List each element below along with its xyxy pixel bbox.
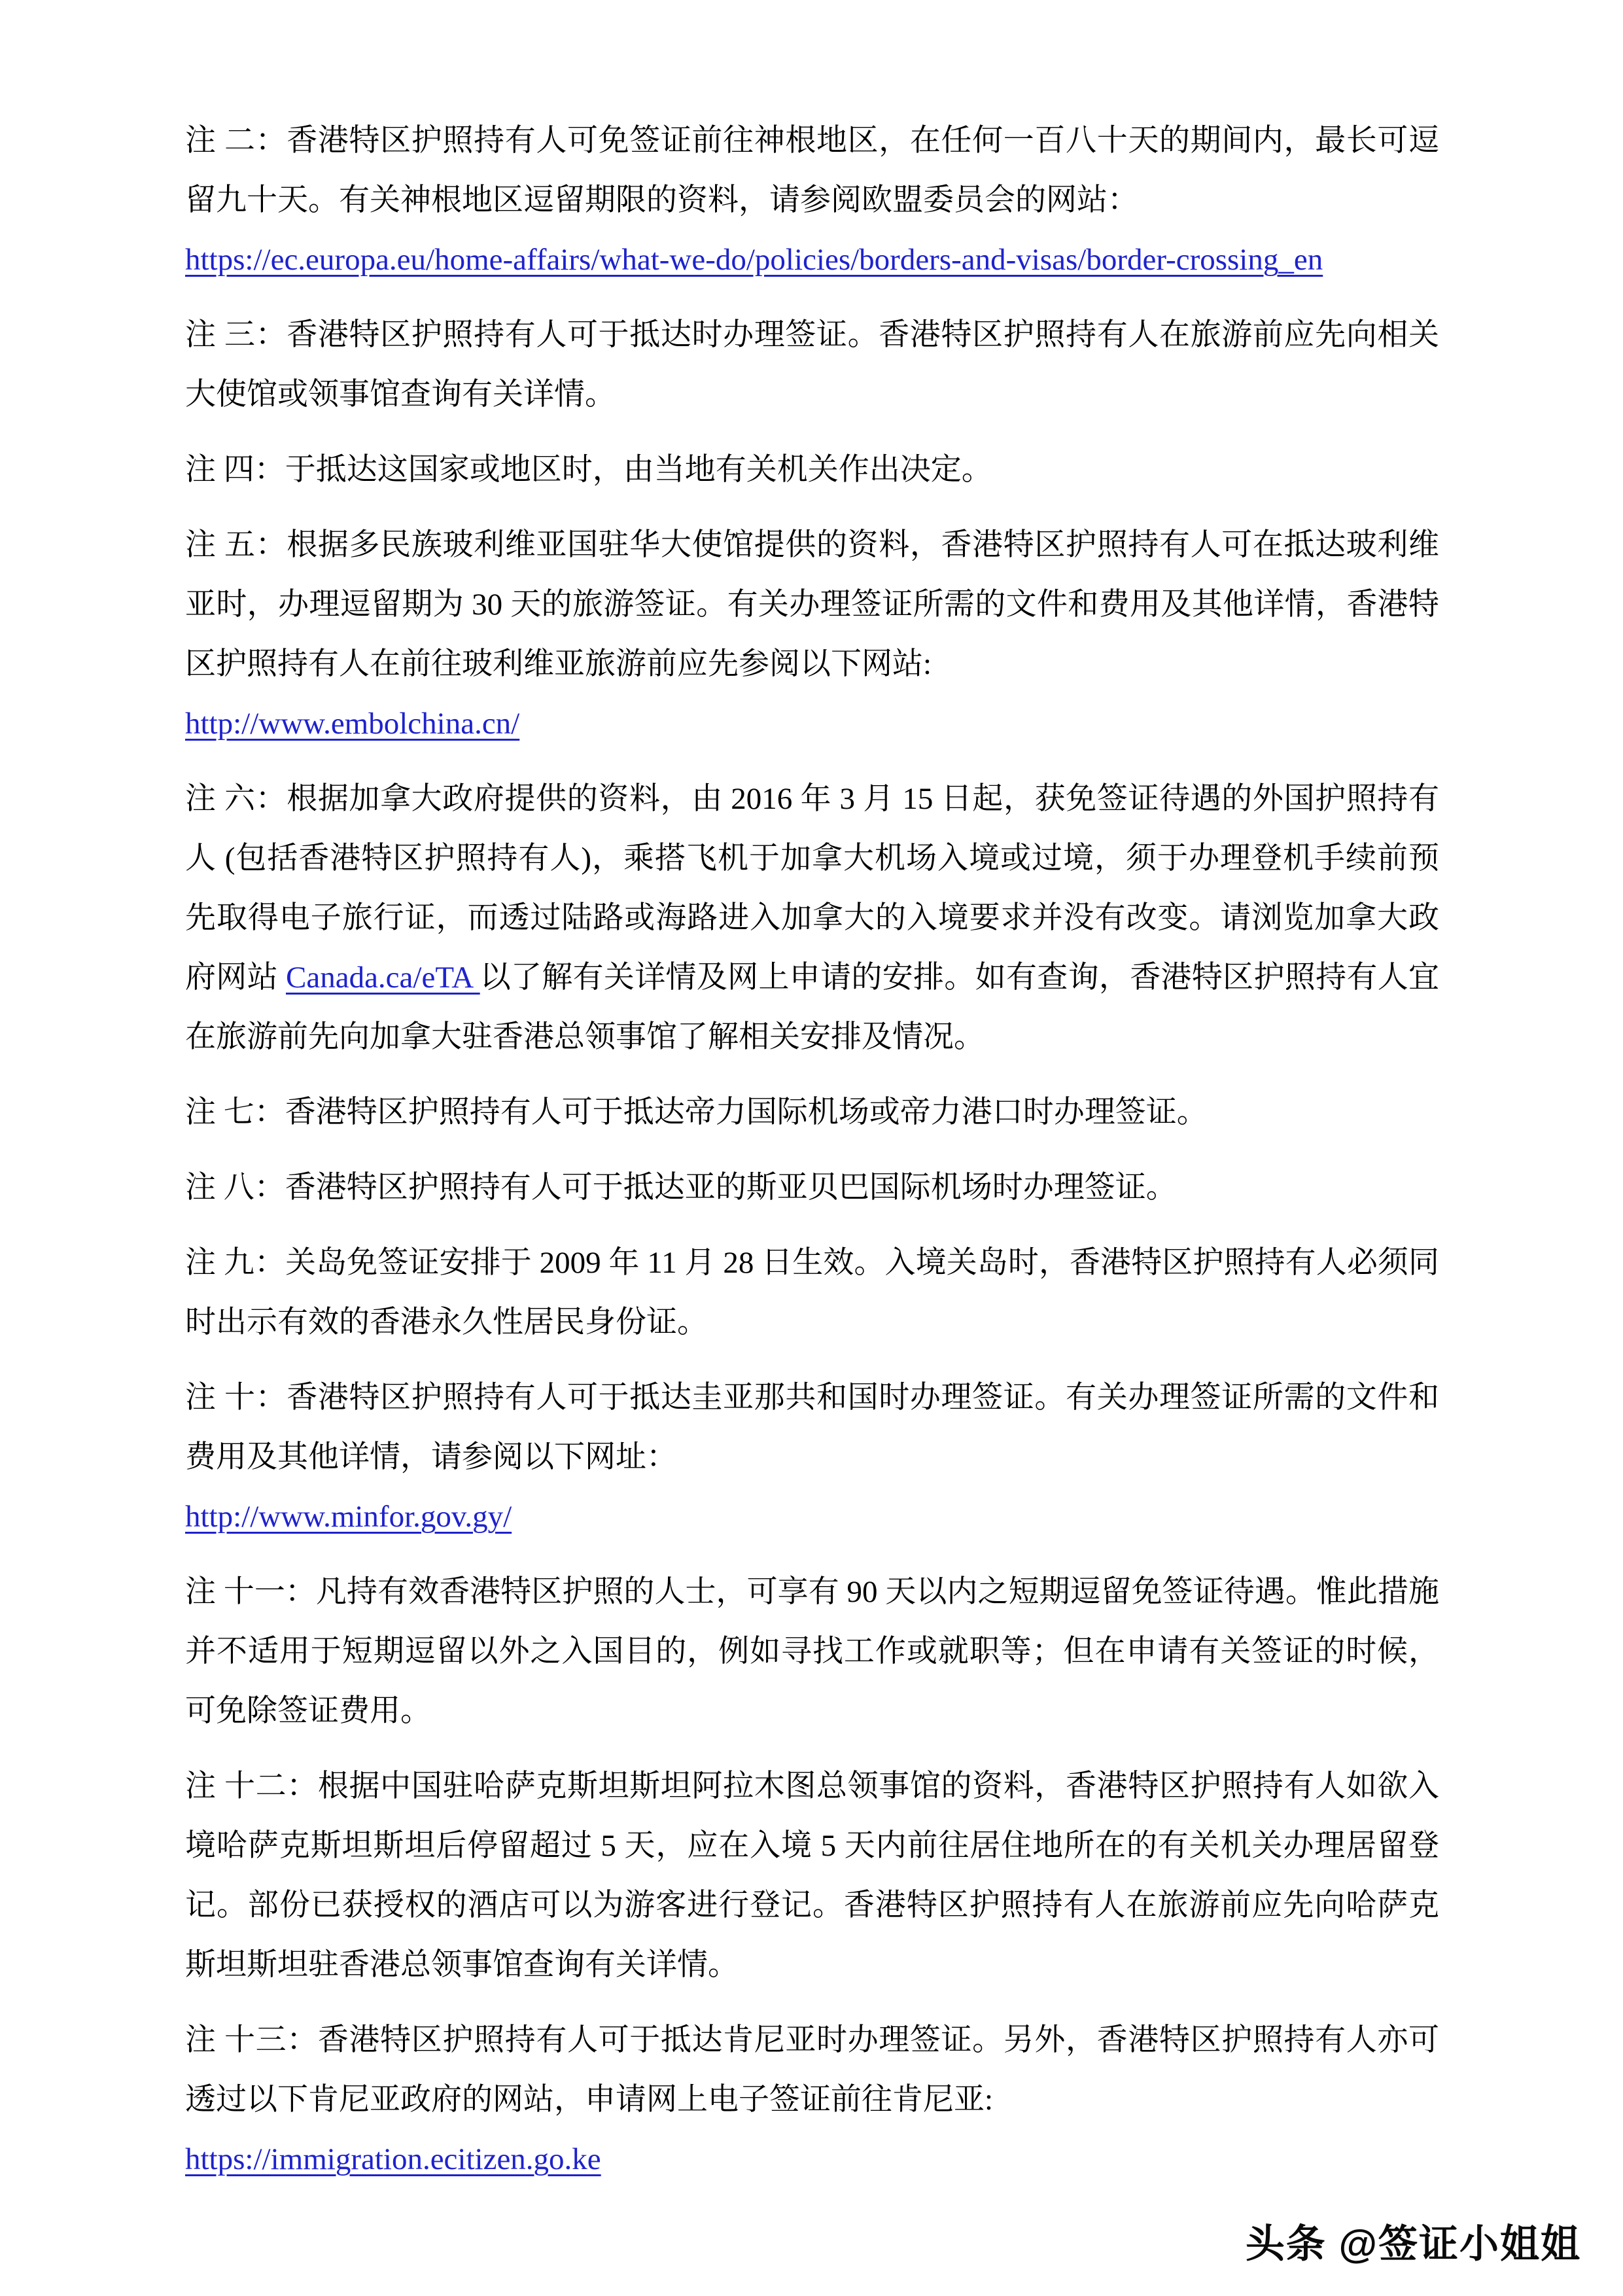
note-label: 注 十一： bbox=[185, 1575, 316, 1609]
note-text: 于抵达这国家或地区时，由当地有关机关作出决定。 bbox=[285, 453, 992, 487]
note-label: 注 九： bbox=[185, 1246, 285, 1280]
note-link[interactable]: https://immigration.ecitizen.go.ke bbox=[185, 2142, 601, 2176]
document-page: 注 二：香港特区护照持有人可免签证前往神根地区，在任何一百八十天的期间内，最长可… bbox=[0, 0, 1623, 2296]
note-text: 香港特区护照持有人可于抵达圭亚那共和国时办理签证。有关办理签证所需的文件和费用及… bbox=[185, 1381, 1439, 1474]
note-text: 香港特区护照持有人可于抵达时办理签证。香港特区护照持有人在旅游前应先向相关大使馆… bbox=[185, 318, 1439, 412]
note-text: 香港特区护照持有人可于抵达亚的斯亚贝巴国际机场时办理签证。 bbox=[285, 1171, 1177, 1205]
note-paragraph-note-2: 注 二：香港特区护照持有人可免签证前往神根地区，在任何一百八十天的期间内，最长可… bbox=[185, 111, 1439, 290]
note-label: 注 八： bbox=[185, 1171, 285, 1205]
note-paragraph-note-7: 注 七：香港特区护照持有人可于抵达帝力国际机场或帝力港口时办理签证。 bbox=[185, 1083, 1439, 1142]
note-paragraph-note-12: 注 十二：根据中国驻哈萨克斯坦斯坦阿拉木图总领事馆的资料，香港特区护照持有人如欲… bbox=[185, 1757, 1439, 1995]
note-link[interactable]: https://ec.europa.eu/home-affairs/what-w… bbox=[185, 243, 1323, 277]
watermark: 头条 @签证小姐姐 bbox=[1246, 2213, 1581, 2269]
note-text: 关岛免签证安排于 2009 年 11 月 28 日生效。入境关岛时，香港特区护照… bbox=[185, 1246, 1439, 1339]
note-label: 注 二： bbox=[185, 124, 287, 158]
note-label: 注 五： bbox=[185, 528, 287, 562]
note-paragraph-note-3: 注 三：香港特区护照持有人可于抵达时办理签证。香港特区护照持有人在旅游前应先向相… bbox=[185, 306, 1439, 425]
note-text: 香港特区护照持有人可于抵达肯尼亚时办理签证。另外，香港特区护照持有人亦可透过以下… bbox=[185, 2023, 1439, 2117]
note-link[interactable]: Canada.ca/eTA bbox=[286, 961, 480, 995]
note-label: 注 三： bbox=[185, 318, 287, 352]
note-label: 注 十二： bbox=[185, 1769, 318, 1803]
note-paragraph-note-9: 注 九：关岛免签证安排于 2009 年 11 月 28 日生效。入境关岛时，香港… bbox=[185, 1233, 1439, 1352]
watermark-text: 头条 @签证小姐姐 bbox=[1246, 2222, 1581, 2266]
note-paragraph-note-10: 注 十：香港特区护照持有人可于抵达圭亚那共和国时办理签证。有关办理签证所需的文件… bbox=[185, 1368, 1439, 1547]
note-paragraph-note-4: 注 四：于抵达这国家或地区时，由当地有关机关作出决定。 bbox=[185, 440, 1439, 500]
note-text: 香港特区护照持有人可于抵达帝力国际机场或帝力港口时办理签证。 bbox=[285, 1095, 1208, 1129]
note-paragraph-note-5: 注 五：根据多民族玻利维亚国驻华大使馆提供的资料，香港特区护照持有人可在抵达玻利… bbox=[185, 516, 1439, 754]
note-paragraph-note-6: 注 六：根据加拿大政府提供的资料，由 2016 年 3 月 15 日起，获免签证… bbox=[185, 769, 1439, 1067]
note-label: 注 四： bbox=[185, 453, 285, 487]
note-label: 注 七： bbox=[185, 1095, 285, 1129]
note-text: 凡持有效香港特区护照的人士，可享有 90 天以内之短期逗留免签证待遇。惟此措施并… bbox=[185, 1575, 1439, 1728]
note-label: 注 十三： bbox=[185, 2023, 318, 2057]
note-paragraph-note-13: 注 十三：香港特区护照持有人可于抵达肯尼亚时办理签证。另外，香港特区护照持有人亦… bbox=[185, 2011, 1439, 2189]
note-text: 香港特区护照持有人可免签证前往神根地区，在任何一百八十天的期间内，最长可逗留九十… bbox=[185, 124, 1439, 217]
note-text: 根据多民族玻利维亚国驻华大使馆提供的资料，香港特区护照持有人可在抵达玻利维亚时，… bbox=[185, 528, 1439, 681]
notes-container: 注 二：香港特区护照持有人可免签证前往神根地区，在任何一百八十天的期间内，最长可… bbox=[185, 111, 1439, 2205]
note-link[interactable]: http://www.embolchina.cn/ bbox=[185, 707, 519, 741]
note-label: 注 十： bbox=[185, 1381, 287, 1415]
note-link[interactable]: http://www.minfor.gov.gy/ bbox=[185, 1500, 512, 1534]
note-label: 注 六： bbox=[185, 782, 287, 816]
note-paragraph-note-11: 注 十一：凡持有效香港特区护照的人士，可享有 90 天以内之短期逗留免签证待遇。… bbox=[185, 1563, 1439, 1741]
note-paragraph-note-8: 注 八：香港特区护照持有人可于抵达亚的斯亚贝巴国际机场时办理签证。 bbox=[185, 1158, 1439, 1218]
note-text: 根据中国驻哈萨克斯坦斯坦阿拉木图总领事馆的资料，香港特区护照持有人如欲入境哈萨克… bbox=[185, 1769, 1439, 1982]
